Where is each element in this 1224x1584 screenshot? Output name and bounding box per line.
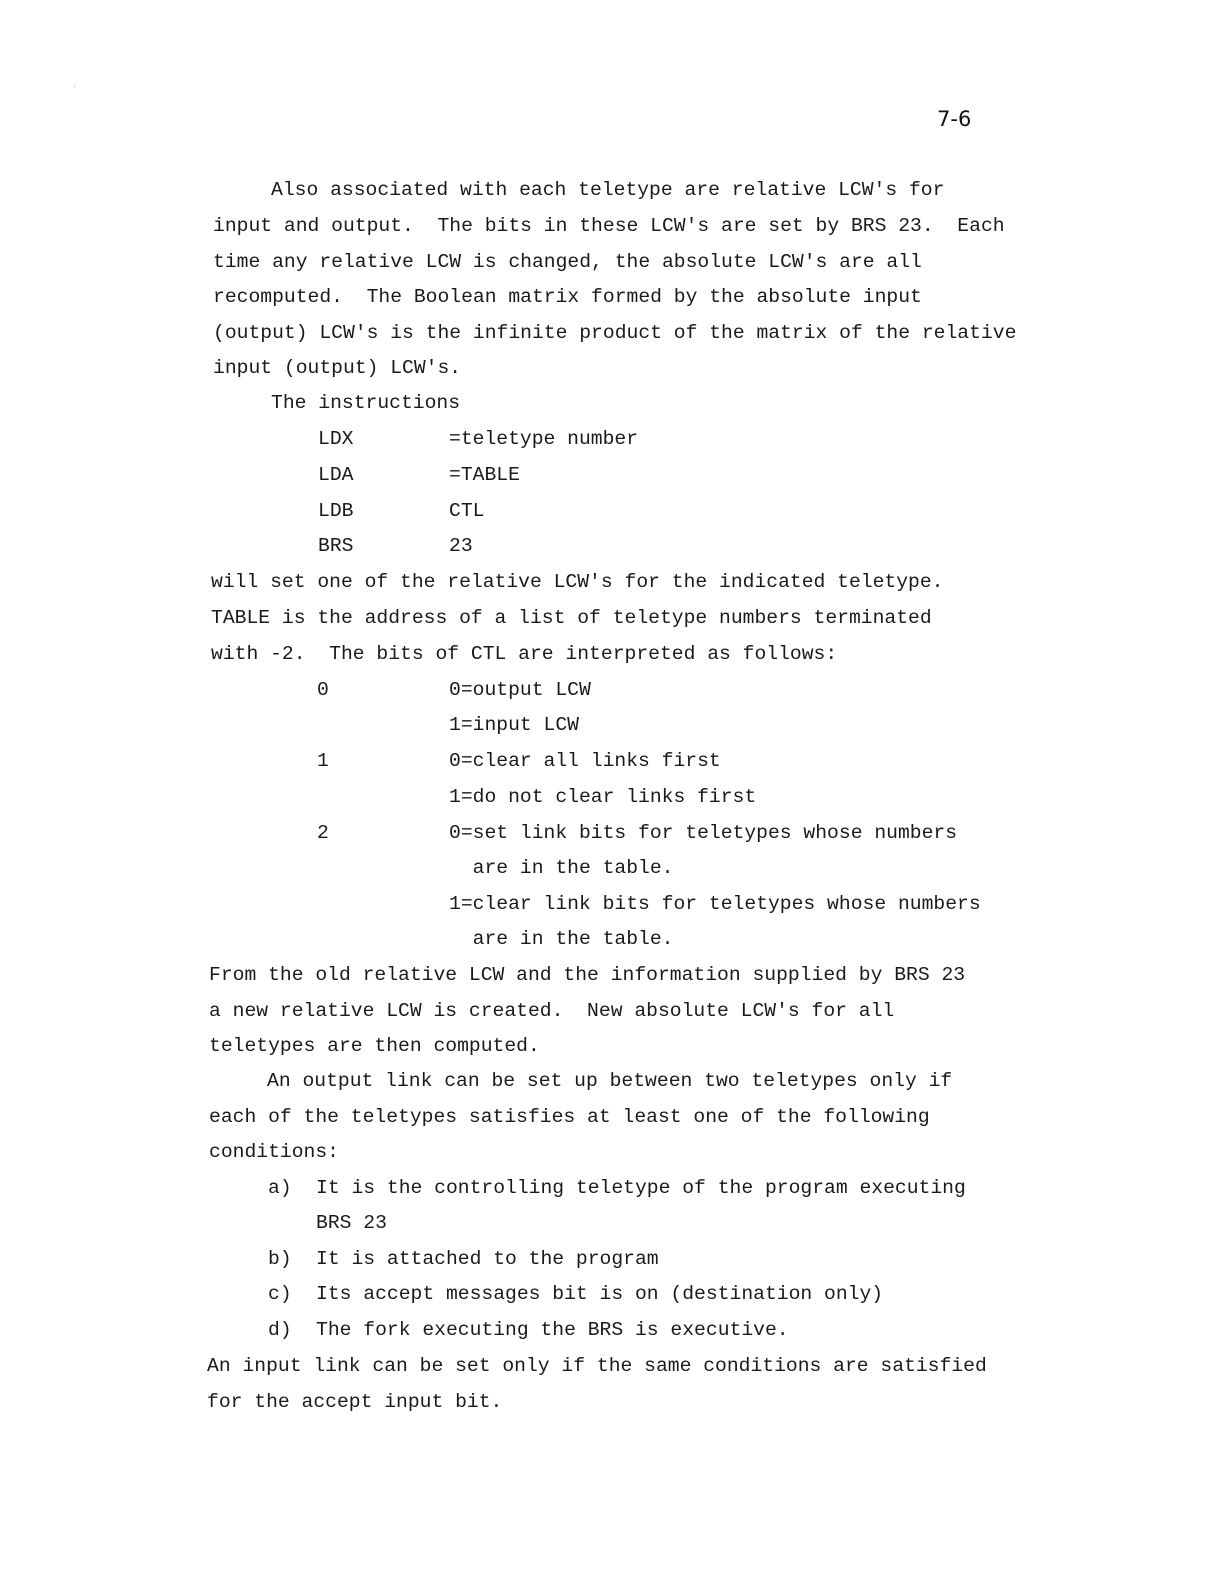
condition-label: c) [268,1285,292,1305]
para1-line: recomputed. The Boolean matrix formed by… [213,288,922,308]
ctl-bit-desc: 1=clear link bits for teletypes whose nu… [449,895,981,915]
condition-text: Its accept messages bit is on (destinati… [316,1285,883,1305]
ctl-bit-number: 2 [317,824,329,844]
condition-text: The fork executing the BRS is executive. [316,1321,789,1341]
para4-line: An output link can be set up between two… [267,1072,952,1092]
ctl-bit-number: 1 [317,752,329,772]
ctl-bit-desc: 0=clear all links first [449,752,721,772]
instruction-op: BRS [318,537,353,557]
instruction-arg: =TABLE [449,466,520,486]
para4-line: conditions: [209,1143,339,1163]
instruction-op: LDA [318,466,353,486]
instruction-op: LDB [318,502,353,522]
condition-text: It is attached to the program [316,1250,659,1270]
condition-label: a) [268,1179,292,1199]
para3-line: teletypes are then computed. [209,1037,540,1057]
para1-line: Also associated with each teletype are r… [271,181,944,201]
para3-line: From the old relative LCW and the inform… [209,966,965,986]
para1-line: time any relative LCW is changed, the ab… [213,253,922,273]
para2-line: will set one of the relative LCW's for t… [211,573,944,593]
para5-line: for the accept input bit. [207,1393,502,1413]
instruction-arg: 23 [449,537,473,557]
para2-line: with -2. The bits of CTL are interpreted… [211,645,837,665]
para1-line: (output) LCW's is the infinite product o… [213,324,1016,344]
ctl-bit-number: 0 [317,681,329,701]
page-number: 7-6 [937,107,971,131]
instructions-intro: The instructions [271,394,460,414]
condition-text: BRS 23 [316,1214,387,1234]
instruction-arg: =teletype number [449,430,638,450]
condition-label: b) [268,1250,292,1270]
para3-line: a new relative LCW is created. New absol… [209,1002,894,1022]
document-page: 7-6 Also associated with each teletype a… [0,0,1224,1584]
ctl-bit-desc: are in the table. [449,859,673,879]
ctl-bit-desc: 0=set link bits for teletypes whose numb… [449,824,957,844]
para1-line: input and output. The bits in these LCW'… [213,217,1005,237]
para1-line: input (output) LCW's. [213,359,461,379]
scan-speck [74,86,75,87]
ctl-bit-desc: are in the table. [449,930,673,950]
condition-label: d) [268,1321,292,1341]
ctl-bit-desc: 1=do not clear links first [449,788,756,808]
condition-text: It is the controlling teletype of the pr… [316,1179,966,1199]
para5-line: An input link can be set only if the sam… [207,1357,987,1377]
ctl-bit-desc: 0=output LCW [449,681,591,701]
para2-line: TABLE is the address of a list of telety… [211,609,932,629]
para4-line: each of the teletypes satisfies at least… [209,1108,930,1128]
instruction-op: LDX [318,430,353,450]
instruction-arg: CTL [449,502,484,522]
ctl-bit-desc: 1=input LCW [449,716,579,736]
